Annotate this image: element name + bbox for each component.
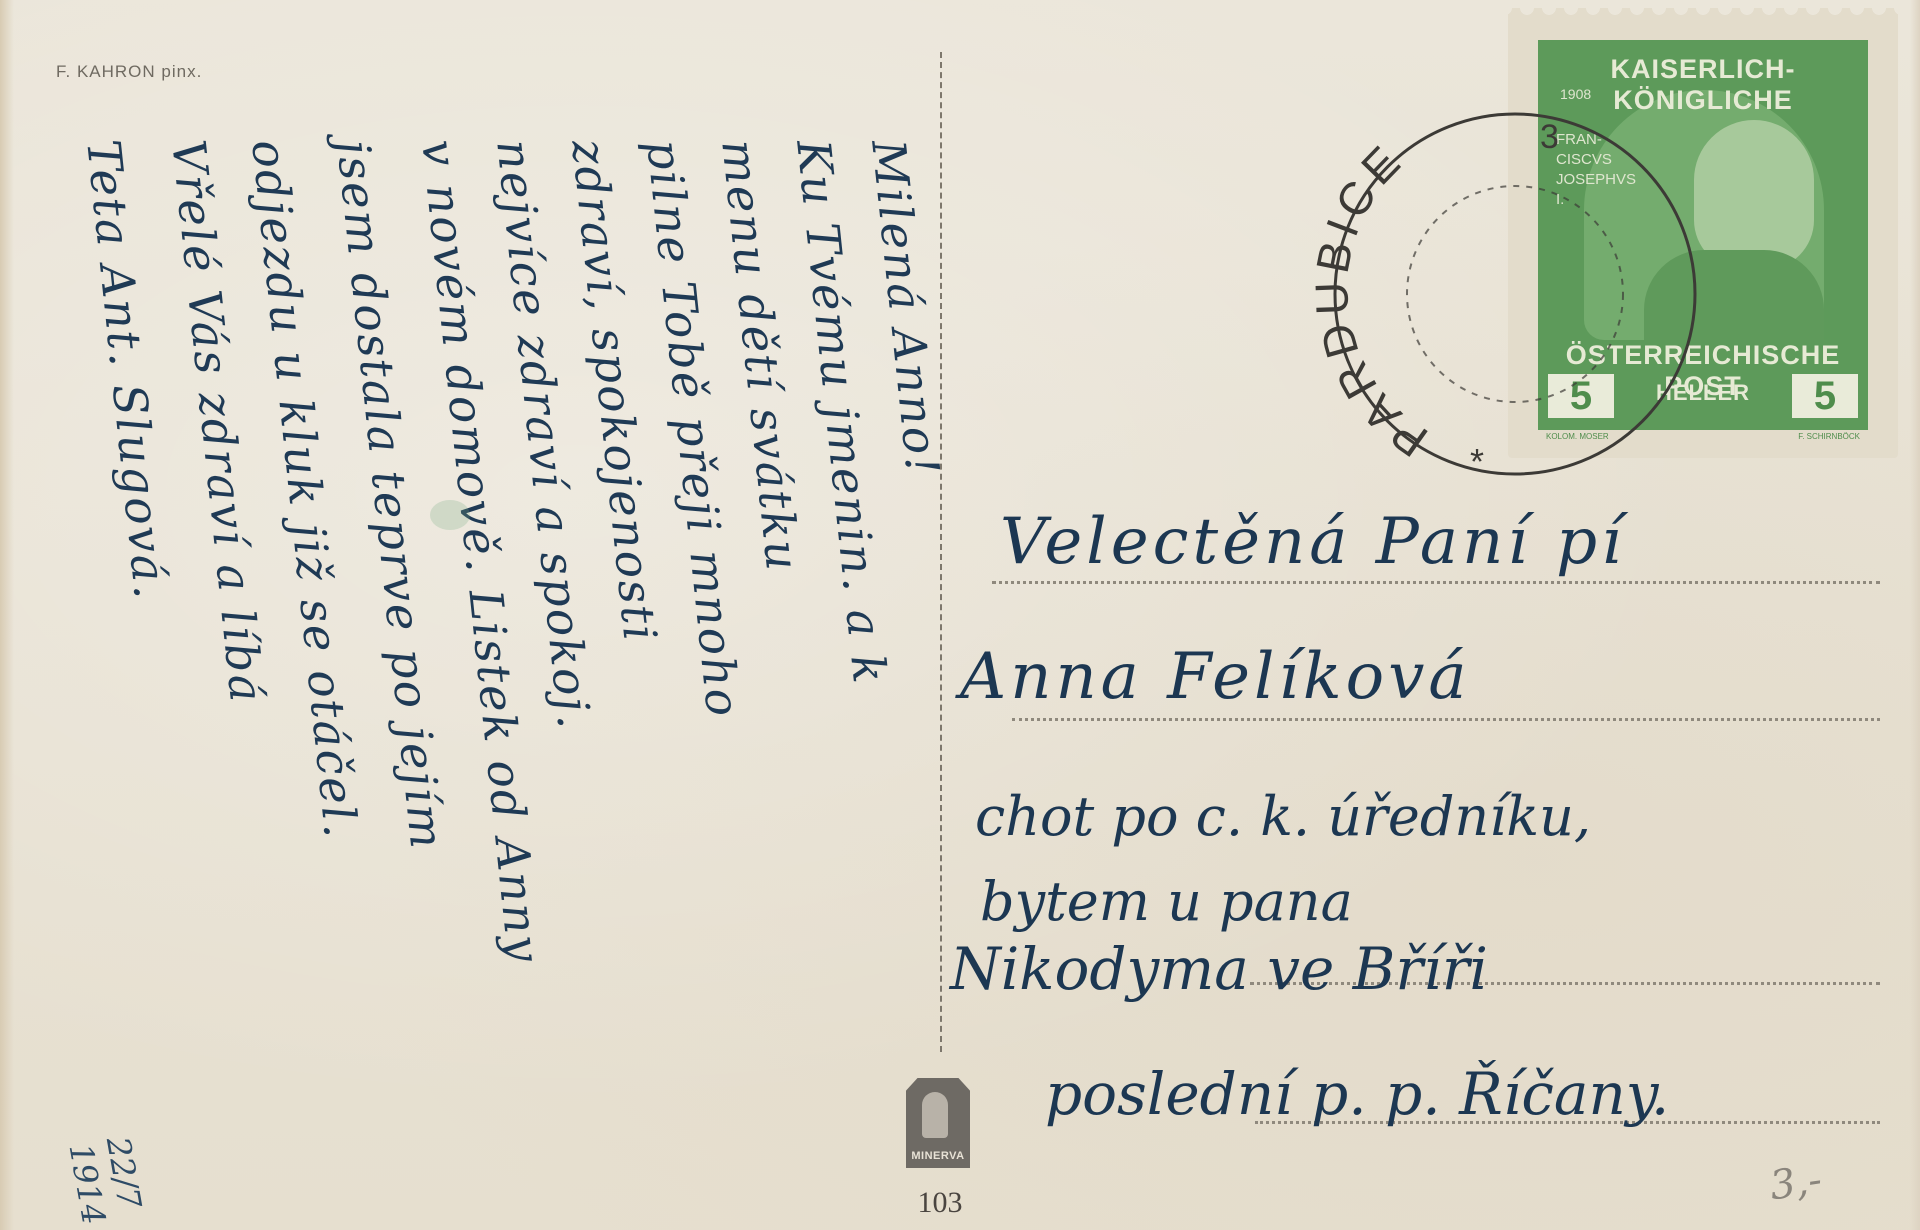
stamp-engraver: F. SCHIRNBÖCK xyxy=(1798,432,1860,441)
message-date: 22/7 1914 xyxy=(62,1134,151,1227)
address-line: Nikodyma ve Bříři xyxy=(950,935,1488,1003)
handwritten-message: Milená Anno! Ku Tvému jmenin. a k menu d… xyxy=(20,140,920,1210)
address-rule xyxy=(1012,718,1880,721)
minerva-logo-icon: MINERVA xyxy=(906,1078,970,1168)
card-number: 103 xyxy=(900,1186,980,1220)
address-line: poslední p. p. Říčany. xyxy=(1045,1060,1669,1128)
message-signature: Teta Ant. Slugová. xyxy=(80,138,174,603)
publisher-mark: MINERVA xyxy=(906,1078,970,1170)
address-line: Velectěná Paní pí xyxy=(1000,505,1626,579)
artist-credit: F. KAHRON pinx. xyxy=(56,62,202,82)
address-line: Anna Felíková xyxy=(960,640,1471,714)
center-divider xyxy=(940,52,942,1052)
postmark-icon: PARDUBICE * 3 xyxy=(1310,84,1710,504)
address-line: bytem u pana xyxy=(980,870,1353,933)
svg-text:*: * xyxy=(1470,441,1484,482)
address-rule xyxy=(992,581,1880,584)
pencil-price: 3,- xyxy=(1767,1157,1825,1210)
svg-text:3: 3 xyxy=(1540,118,1559,156)
address-line: chot po c. k. úředníku, xyxy=(975,785,1591,848)
message-line: Milená Anno! xyxy=(865,138,946,479)
stamp-value: 5 xyxy=(1788,370,1862,422)
ink-stain xyxy=(430,500,470,530)
postcard: F. KAHRON pinx. Milená Anno! Ku Tvému jm… xyxy=(0,0,1920,1230)
